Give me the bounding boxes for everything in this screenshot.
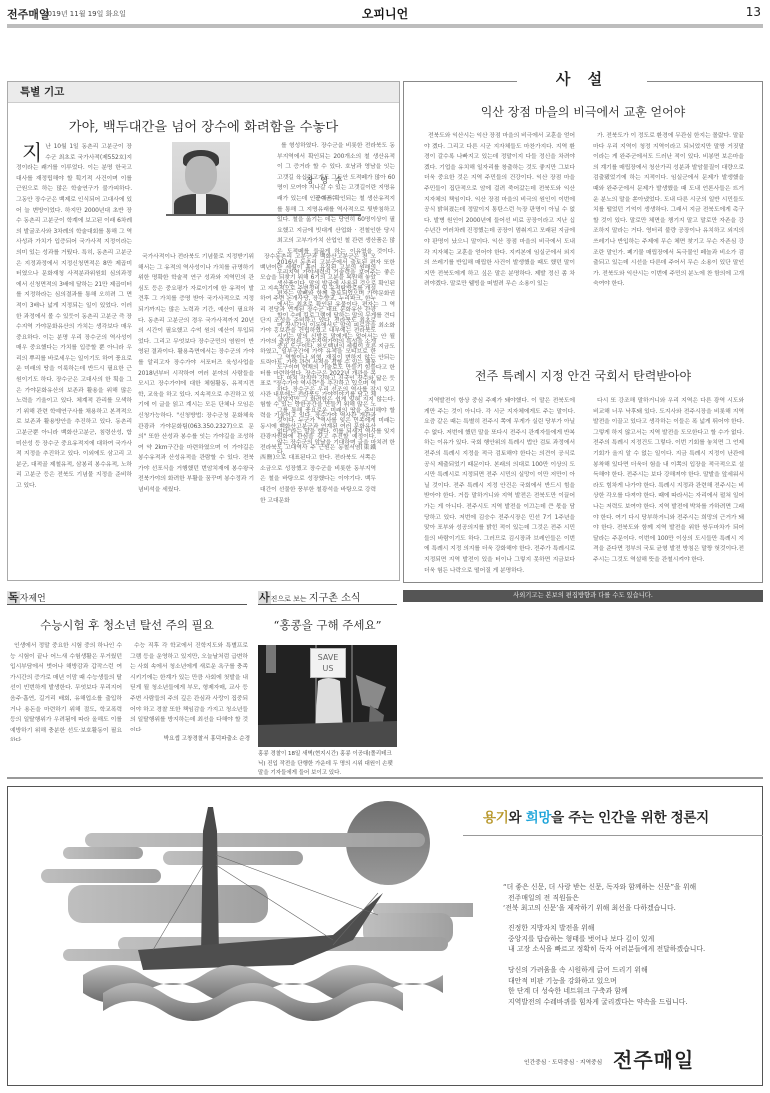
promo-paragraph-3: 당신의 가려움을 속 시원하게 긁어 드리기 위해 대안적 비판 기능을 강화하… <box>508 965 688 1007</box>
section-title: 오피니언 <box>7 5 763 22</box>
hong-kong-protest-photo: SAVE US <box>258 645 397 747</box>
promo-slogan: 인간중심 · 도덕중심 · 지역중심 <box>524 1057 602 1066</box>
promo-headline: 용기와 희망을 주는 인간을 위한 정론지 <box>483 806 709 826</box>
masthead: 전주매일 2019년 11월 19일 화요일 오피니언 13 <box>7 4 763 28</box>
reader-opinion-title: 수능시험 후 청소년 탈선 주의 필요 <box>7 617 247 633</box>
editorial-1-column-1: 전북도와 익산시는 익산 장점 마을의 비극에서 교훈을 얻어야 겠다. 그리고… <box>424 131 575 360</box>
special-article-title: 가야, 백두대간을 넘어 장수에 화려함을 수놓다 <box>8 116 399 135</box>
editorial-1-column-2: 가. 전북도가 이 정도로 환경에 무관심 한지는 몰랐다. 말끝마다 우리 지… <box>593 131 744 360</box>
save-us-sign: SAVE US <box>310 648 346 678</box>
promo-paragraph-2: 진정한 지방자치 발전을 위해 중앙지를 답습하는 형태를 벗어나 보다 깊이 … <box>508 923 705 955</box>
disclaimer-bar: 사외기고는 본보의 편집방향과 다를 수도 있습니다. <box>403 590 763 602</box>
world-photo-title: “홍콩을 구해 주세요” <box>258 617 397 633</box>
reader-column-1: 인생에서 정말 중요한 시험 중의 하나인 수능 시험이 끝나 어느새 수험생활… <box>10 641 122 741</box>
editorial-title-1: 익산 장점 마을의 비극에서 교훈 얻어야 <box>404 103 762 120</box>
masthead-rule <box>7 24 763 28</box>
editorial-box: 사 설 익산 장점 마을의 비극에서 교훈 얻어야 전북도와 익산시는 익산 장… <box>403 81 763 583</box>
reader-byline: 박요셉 고창경찰서 홍덕파출소 순경 <box>130 734 250 742</box>
editorial-label: 사 설 <box>517 68 647 89</box>
editorial-2-column-1: 지역발전이 항상 중심 주제가 돼야했다. 이 말은 전북도에게만 주는 것이 … <box>424 396 575 574</box>
brand-logo: 전주매일 <box>613 1044 694 1073</box>
special-label: 특별 기고 <box>8 82 399 103</box>
dropcap: 지 <box>22 143 42 163</box>
editorial-2-column-2: 다시 또 강조해 말하거니와 우리 지역은 다른 광역 시도와 비교해 너무 낙… <box>593 396 744 574</box>
special-column-2: 국가사적이나 전라북도 기념물로 지정받기위해서는 그 유적의 역사성이나 가치… <box>138 252 254 574</box>
sailboat-illustration <box>33 795 473 1055</box>
photo-caption: 홍콩 경찰이 18일 새벽(현지시간) 홍콩 이공대(폴리테크닉) 진입 작전을… <box>258 750 397 779</box>
world-photo-header: 사진으로 보는 지구촌 소식 <box>258 589 397 605</box>
reader-column-2: 수능 직후 각 학교에서 진학지도와 특별프로그램 등을 운영하고 있지만, 오… <box>130 641 248 731</box>
author-photo <box>172 142 230 214</box>
reader-opinion-header: 독자제언 <box>7 589 247 605</box>
page-number: 13 <box>746 5 761 19</box>
promo-paragraph-1: “더 좋은 신문, 더 사랑 받는 신문, 독자와 함께하는 신문”을 위해 전… <box>503 882 696 914</box>
section-divider <box>7 777 763 779</box>
special-column-4: 를 형성하였다. 장수군을 비롯한 전라북도 동부지역에서 확인되는 200개소… <box>277 141 395 573</box>
special-column-1: 지난 10월 1일 동촌리 고분군이 장수군 최초로 국가사적(제552호)지정… <box>16 142 132 574</box>
promo-advertisement: 용기와 희망을 주는 인간을 위한 정론지 “더 좋은 신문, 더 사랑 받는 … <box>7 786 763 1086</box>
editorial-title-2: 전주 특례시 지정 안건 국회서 탄력받아야 <box>404 367 762 384</box>
